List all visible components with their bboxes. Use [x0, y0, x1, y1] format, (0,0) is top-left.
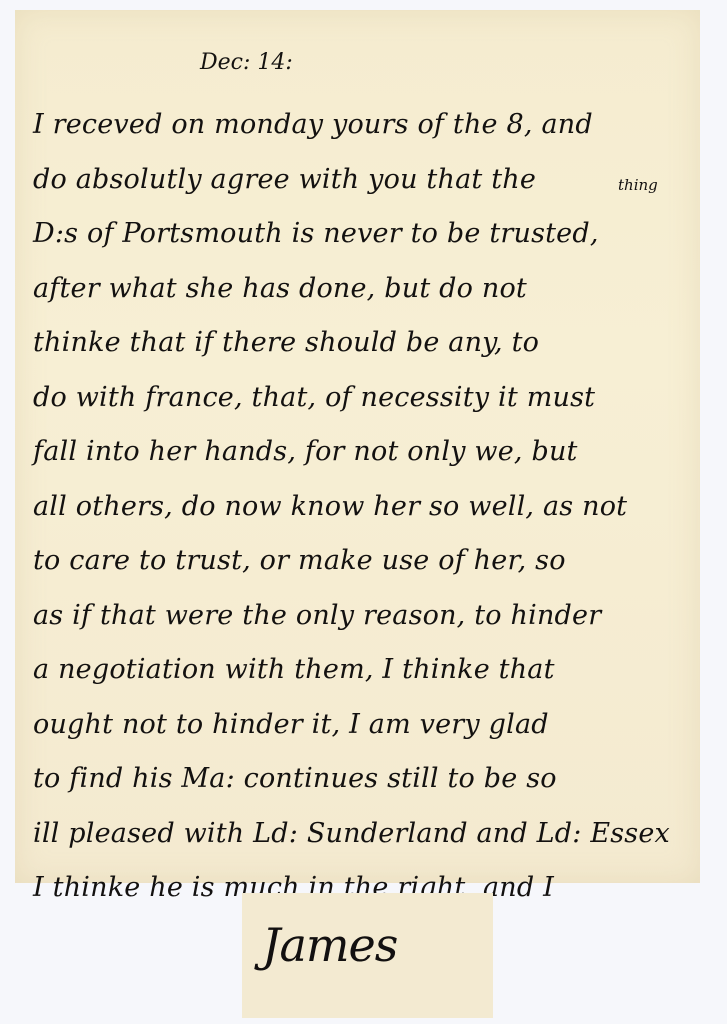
letter-date: Dec: 14:	[200, 50, 293, 75]
letter-line: ought not to hinder it, I am very glad	[33, 698, 703, 753]
letter-line: do absolutly agree with you that the	[33, 153, 703, 208]
letter-line: all others, do now know her so well, as …	[33, 480, 703, 535]
letter-line: D:s of Portsmouth is never to be trusted…	[33, 207, 703, 262]
letter-page: Dec: 14: thing I receved on monday yours…	[15, 10, 700, 883]
letter-line: fall into her hands, for not only we, bu…	[33, 425, 703, 480]
letter-line: ill pleased with Ld: Sunderland and Ld: …	[33, 807, 703, 862]
letter-line: do with france, that, of necessity it mu…	[33, 371, 703, 426]
letter-body: I receved on monday yours of the 8, and …	[33, 98, 703, 916]
letter-line: thinke that if there should be any, to	[33, 316, 703, 371]
letter-line: after what she has done, but do not	[33, 262, 703, 317]
letter-line: to find his Ma: continues still to be so	[33, 752, 703, 807]
letter-line: to care to trust, or make use of her, so	[33, 534, 703, 589]
letter-line: as if that were the only reason, to hind…	[33, 589, 703, 644]
letter-line: I receved on monday yours of the 8, and	[33, 98, 703, 153]
letter-line: a negotiation with them, I thinke that	[33, 643, 703, 698]
signature-card: James	[242, 893, 493, 1018]
signature: James	[262, 918, 397, 972]
